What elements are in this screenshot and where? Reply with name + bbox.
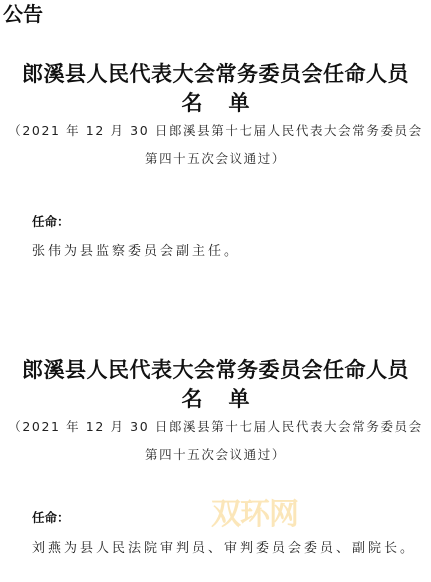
notice-subtitle: 名单 bbox=[0, 384, 431, 414]
appoint-label: 任命： bbox=[32, 508, 70, 526]
notice-1: 郎溪县人民代表大会常务委员会任命人员 名单 （2021 年 12 月 30 日郎… bbox=[0, 60, 431, 170]
subtitle-right: 单 bbox=[229, 90, 250, 115]
meeting-line-1: （2021 年 12 月 30 日郎溪县第十七届人民代表大会常务委员会 bbox=[0, 120, 431, 142]
notice-header: 公告 bbox=[3, 1, 43, 27]
subtitle-left: 名 bbox=[182, 90, 203, 115]
meeting-line-1: （2021 年 12 月 30 日郎溪县第十七届人民代表大会常务委员会 bbox=[0, 416, 431, 438]
meeting-line-2: 第四十五次会议通过） bbox=[0, 444, 431, 466]
appoint-text: 刘燕为县人民法院审判员、审判委员会委员、副院长。 bbox=[32, 537, 416, 556]
notice-title: 郎溪县人民代表大会常务委员会任命人员 bbox=[0, 60, 431, 88]
subtitle-left: 名 bbox=[182, 386, 203, 411]
appoint-text: 张伟为县监察委员会副主任。 bbox=[32, 240, 240, 259]
appoint-label: 任命： bbox=[32, 212, 70, 230]
notice-subtitle: 名单 bbox=[0, 88, 431, 118]
subtitle-right: 单 bbox=[229, 386, 250, 411]
notice-2: 郎溪县人民代表大会常务委员会任命人员 名单 （2021 年 12 月 30 日郎… bbox=[0, 356, 431, 466]
notice-title: 郎溪县人民代表大会常务委员会任命人员 bbox=[0, 356, 431, 384]
meeting-line-2: 第四十五次会议通过） bbox=[0, 148, 431, 170]
watermark-logo: 双环网 bbox=[211, 497, 298, 533]
